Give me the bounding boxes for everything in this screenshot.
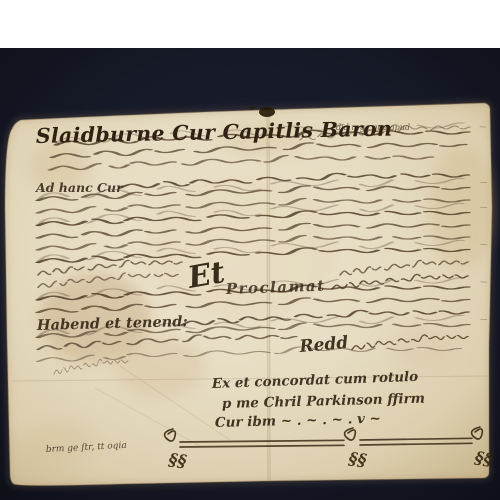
manuscript-photo: Slaidburne Cur Capitlis Baron did rege q… bbox=[0, 48, 500, 500]
manuscript-photo-canvas: Slaidburne Cur Capitlis Baron did rege q… bbox=[0, 48, 500, 500]
knot-curls: §§ bbox=[166, 450, 187, 472]
heading-tail-text: did rege que apud bbox=[336, 123, 410, 132]
flourish-word: Proclamat bbox=[225, 277, 326, 299]
flourish-et: Et bbox=[184, 255, 227, 296]
ink-blot-small bbox=[249, 106, 255, 110]
page-white-margin bbox=[0, 0, 500, 48]
stain bbox=[115, 338, 205, 398]
knot-curls: §§ bbox=[346, 449, 367, 471]
knot-curls: §§ bbox=[472, 448, 494, 471]
screenshot-frame: Slaidburne Cur Capitlis Baron did rege q… bbox=[0, 0, 500, 500]
margin-note-court: Ad hanc Cur bbox=[35, 180, 124, 195]
ink-blot-main bbox=[259, 107, 275, 117]
